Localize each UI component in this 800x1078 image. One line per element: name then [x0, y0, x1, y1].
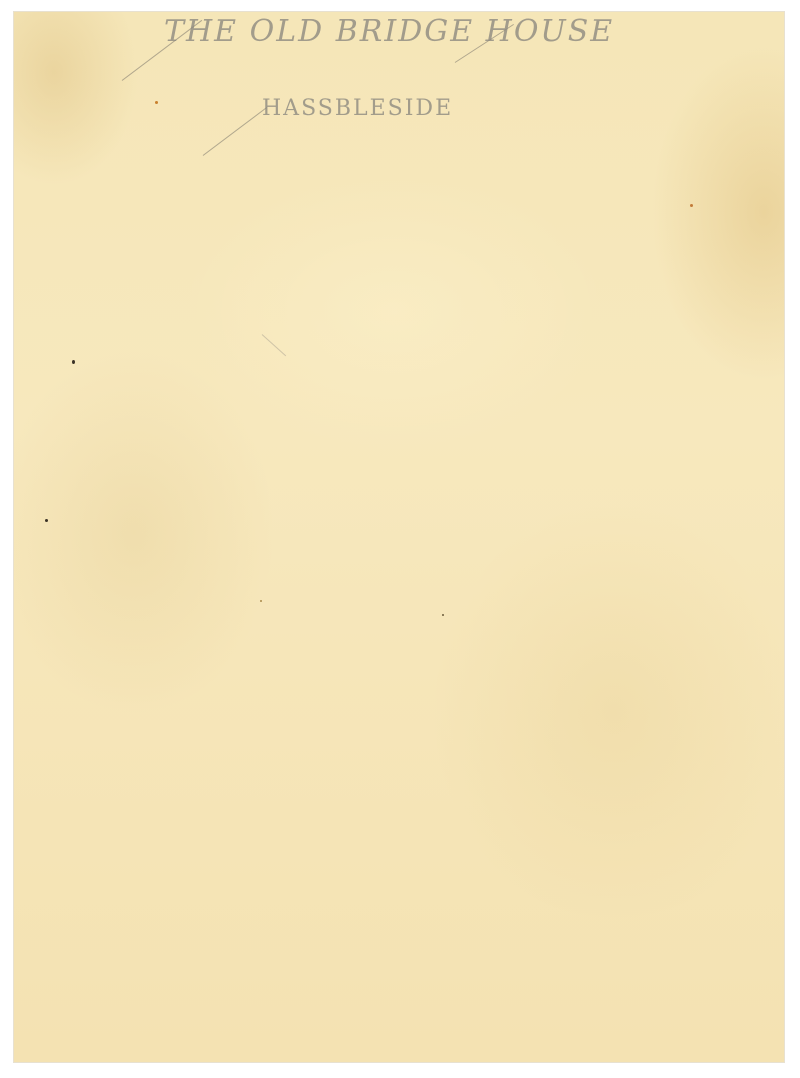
- inscription-line-2: HASSBLESIDE: [262, 96, 453, 121]
- foxing-spot: [72, 360, 75, 364]
- foxing-spot: [690, 204, 693, 207]
- inscription-line-1: THE OLD BRIDGE HOUSE: [164, 14, 614, 49]
- paper-sheet: [14, 12, 784, 1062]
- foxing-spot: [260, 600, 262, 602]
- foxing-spot: [45, 519, 48, 522]
- foxing-spot: [155, 101, 158, 104]
- foxing-spot: [442, 614, 444, 616]
